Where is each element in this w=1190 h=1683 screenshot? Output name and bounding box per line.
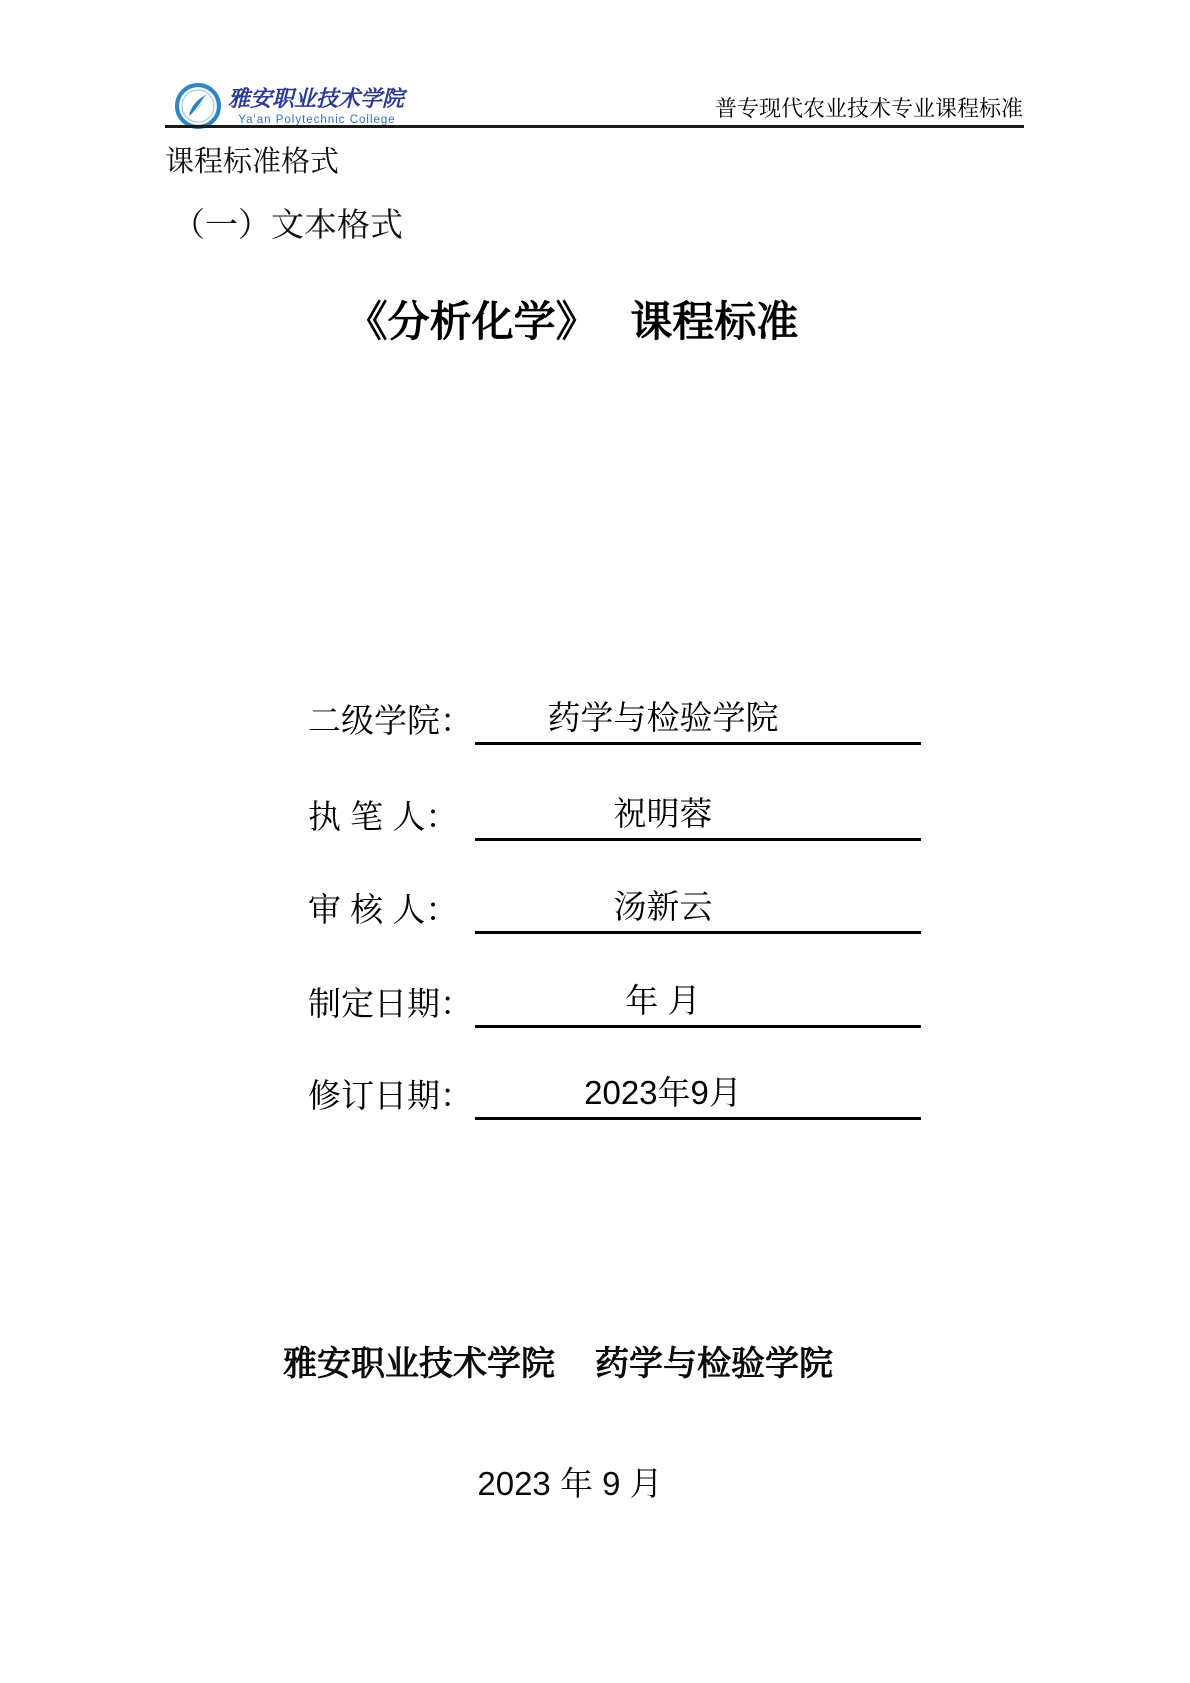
field-value-reviewer: 汤新云 — [475, 883, 921, 934]
college-name-zh: 雅安职业技术学院 — [228, 86, 406, 112]
college-logo: 雅安职业技术学院 Ya'an Polytechnic College — [228, 86, 406, 126]
field-row-revised-date: 修订日期：2023年9月 — [308, 1069, 921, 1117]
footer-organization: 雅安职业技术学院药学与检验学院 — [0, 1340, 1116, 1388]
field-label-revised-date: 修订日期： — [308, 1072, 475, 1120]
field-row-established-date: 制定日期：年 月 — [308, 977, 921, 1025]
field-row-college: 二级学院：药学与检验学院 — [308, 694, 921, 742]
header-program-text: 普专现代农业技术专业课程标准 — [715, 94, 1023, 124]
course-standard-title: 《分析化学》 课程标准 — [0, 294, 1144, 350]
document-page: 雅安职业技术学院 Ya'an Polytechnic College 普专现代农… — [0, 0, 1190, 1683]
field-row-author: 执 笔 人：祝明蓉 — [308, 790, 921, 838]
field-row-reviewer: 审 核 人：汤新云 — [308, 883, 921, 931]
field-label-established-date: 制定日期： — [308, 980, 475, 1028]
section-heading: （一）文本格式 — [172, 203, 403, 249]
college-emblem-icon — [175, 83, 221, 129]
format-heading: 课程标准格式 — [165, 142, 339, 182]
footer-date: 2023 年 9 月 — [0, 1460, 1140, 1508]
header-divider — [165, 125, 1024, 128]
field-value-revised-date: 2023年9月 — [475, 1069, 921, 1120]
field-label-college: 二级学院： — [308, 697, 475, 745]
field-value-college: 药学与检验学院 — [475, 694, 921, 745]
field-label-author: 执 笔 人： — [308, 793, 475, 841]
footer-institution: 雅安职业技术学院 — [283, 1345, 555, 1383]
field-value-author: 祝明蓉 — [475, 790, 921, 841]
field-label-reviewer: 审 核 人： — [308, 886, 475, 934]
footer-college: 药学与检验学院 — [595, 1345, 833, 1383]
field-value-established-date: 年 月 — [475, 977, 921, 1028]
